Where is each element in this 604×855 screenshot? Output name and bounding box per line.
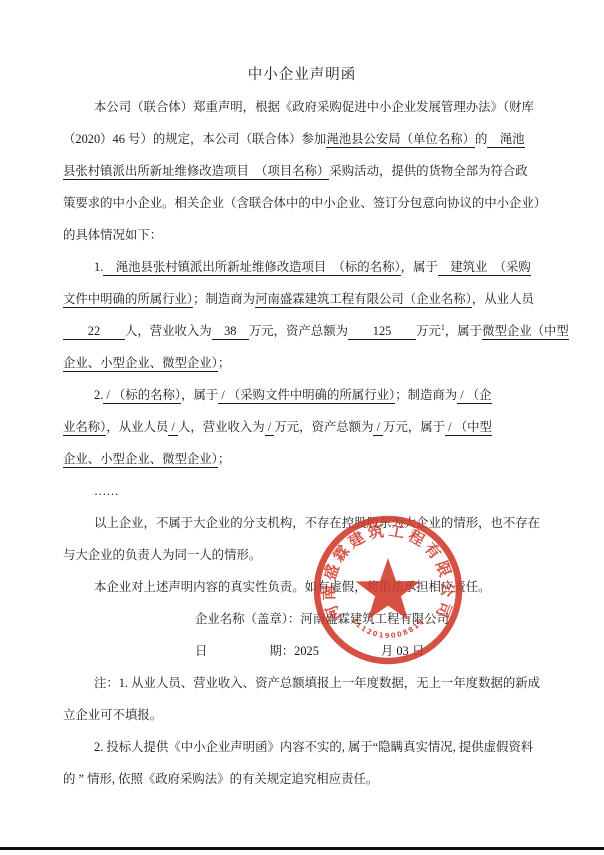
document-body: 本公司（联合体）郑重声明，根据《政府采购促进中小企业发展管理办法》（财库（202… <box>63 91 563 795</box>
text-segment: 人，营业收入为 <box>178 420 265 434</box>
text-segment: ；制造商为 <box>395 388 457 402</box>
text-line: 本公司（联合体）郑重声明，根据《政府采购促进中小企业发展管理办法》（财库 <box>63 91 563 123</box>
page-bottom-border <box>0 847 604 850</box>
text-segment: ，属于 <box>181 388 218 402</box>
text-line: 本企业对上述声明内容的真实性负责。如有虚假，将依法承担相应责任。 <box>63 571 563 603</box>
text-segment: / （采购文件中明确的所属行业） <box>218 388 395 404</box>
text-segment: 企业名称（盖章）：河南盛霖建筑工程有限公司 <box>195 612 449 626</box>
text-segment: 业名称） <box>63 420 106 436</box>
text-line: 的具体情况如下： <box>63 219 563 251</box>
text-line: 业名称），从业人员 / 人，营业收入为 / 万元，资产总额为 / 万元，属于 /… <box>63 411 563 443</box>
text-line: 文件中明确的所属行业）；制造商为河南盛霖建筑工程有限公司（企业名称），从业人员 <box>63 283 563 315</box>
text-line: 注：1. 从业人员、营业收入、资产总额填报上一年度数据，无上一年度数据的新成 <box>63 667 563 699</box>
text-segment: 日 期：2025 月 03 日 <box>195 644 424 658</box>
text-segment: 本公司（联合体）郑重声明，根据《政府采购促进中小企业发展管理办法》（财库 <box>94 100 534 114</box>
document-title: 中小企业声明函 <box>63 59 541 91</box>
text-segment: 立企业可不填报。 <box>63 708 162 722</box>
text-line: 企业、小型企业、微型企业）； <box>63 347 563 379</box>
text-segment: ，从业人员 <box>106 420 168 434</box>
text-line: 的 ” 情形, 依照《政府采购法》的有关规定追究相应责任。 <box>63 763 563 795</box>
text-segment: 万元，属于 <box>383 420 445 434</box>
text-segment: 2. <box>94 388 103 402</box>
document-content: 中小企业声明函 本公司（联合体）郑重声明，根据《政府采购促进中小企业发展管理办法… <box>63 59 563 795</box>
text-segment: 万元 <box>416 324 441 338</box>
text-line: …… <box>63 475 563 507</box>
text-segment: 县张村镇派出所新址维修改造项目 （项目名称） <box>63 164 329 180</box>
declaration-page: 中小企业声明函 本公司（联合体）郑重声明，根据《政府采购促进中小企业发展管理办法… <box>0 0 604 855</box>
text-line: 日 期：2025 月 03 日 <box>63 635 563 667</box>
text-segment: 采购活动，提供的货物全部为符合政 <box>329 164 527 178</box>
text-line: 策要求的中小企业。相关企业（含联合体中的中小企业、签订分包意向协议的中小企业） <box>63 187 563 219</box>
text-line: 立企业可不填报。 <box>63 699 563 731</box>
text-segment: 的具体情况如下： <box>63 228 162 242</box>
text-segment: 微型企业（中型 <box>482 324 569 340</box>
text-line: 22 人，营业收入为 38 万元，资产总额为 125 万元1，属于微型企业（中型 <box>63 315 563 347</box>
text-segment: （2020）46 号）的规定，本公司（联合体）参加 <box>63 132 326 146</box>
text-segment: 22 <box>63 324 125 340</box>
text-line: 企业名称（盖章）：河南盛霖建筑工程有限公司 <box>63 603 563 635</box>
text-segment: 的 <box>475 132 487 146</box>
text-segment: ，属于 <box>445 324 482 338</box>
text-segment: 2. 投标人提供《中小企业声明函》内容不实的, 属于“隐瞒真实情况, 提供虚假资… <box>94 740 533 754</box>
text-segment: 策要求的中小企业。相关企业（含联合体中的中小企业、签订分包意向协议的中小企业） <box>63 196 546 210</box>
text-segment: / （标的名称） <box>103 388 181 404</box>
text-segment: / <box>373 420 383 436</box>
text-segment: 人，营业收入为 <box>125 324 212 338</box>
text-segment: 以上企业，不属于大企业的分支机构，不存在控股股东为大企业的情形，也不存在 <box>94 516 540 530</box>
text-segment: 125 <box>348 324 416 340</box>
text-segment: 文件中明确的所属行业） <box>63 292 193 308</box>
text-segment: 的 ” 情形, 依照《政府采购法》的有关规定追究相应责任。 <box>63 772 378 786</box>
text-line: 2. / （标的名称），属于 / （采购文件中明确的所属行业）；制造商为 / （… <box>63 379 563 411</box>
text-segment: 万元，资产总额为 <box>249 324 348 338</box>
text-segment: 渑池县公安局（单位名称） <box>326 132 475 148</box>
text-segment: 注：1. 从业人员、营业收入、资产总额填报上一年度数据，无上一年度数据的新成 <box>94 676 540 690</box>
text-segment: / <box>168 420 178 436</box>
text-segment: 河南盛霖建筑工程有限公司（企业名称） <box>255 292 472 308</box>
text-segment: ，从业人员 <box>472 292 534 306</box>
text-segment: …… <box>94 484 119 498</box>
text-segment: / （中型 <box>445 420 492 436</box>
text-segment: / <box>265 420 275 436</box>
text-line: 以上企业，不属于大企业的分支机构，不存在控股股东为大企业的情形，也不存在 <box>63 507 563 539</box>
text-segment: 渑池 <box>487 132 524 148</box>
text-segment: / （企 <box>457 388 491 404</box>
text-line: 2. 投标人提供《中小企业声明函》内容不实的, 属于“隐瞒真实情况, 提供虚假资… <box>63 731 563 763</box>
text-segment: 本企业对上述声明内容的真实性负责。如有虚假，将依法承担相应责任。 <box>94 580 491 594</box>
text-segment: ； <box>218 452 230 466</box>
text-line: 与大企业的负责人为同一人的情形。 <box>63 539 563 571</box>
text-line: 企业、小型企业、微型企业）； <box>63 443 563 475</box>
text-segment: 与大企业的负责人为同一人的情形。 <box>63 548 261 562</box>
text-segment: ； <box>218 356 230 370</box>
text-line: 县张村镇派出所新址维修改造项目 （项目名称）采购活动，提供的货物全部为符合政 <box>63 155 563 187</box>
text-segment: 企业、小型企业、微型企业） <box>63 452 218 468</box>
text-line: 1. 渑池县张村镇派出所新址维修改造项目 （标的名称），属于 建筑业 （采购 <box>63 251 563 283</box>
text-segment: 38 <box>212 324 249 340</box>
text-segment: 企业、小型企业、微型企业） <box>63 356 218 372</box>
text-segment: 渑池县张村镇派出所新址维修改造项目 （标的名称） <box>103 260 400 276</box>
text-segment: ，属于 <box>401 260 438 274</box>
text-segment: 万元，资产总额为 <box>274 420 373 434</box>
text-segment: ；制造商为 <box>193 292 255 306</box>
text-line: （2020）46 号）的规定，本公司（联合体）参加渑池县公安局（单位名称）的 渑… <box>63 123 563 155</box>
text-segment: 1. <box>94 260 103 274</box>
text-segment: 建筑业 （采购 <box>438 260 531 276</box>
